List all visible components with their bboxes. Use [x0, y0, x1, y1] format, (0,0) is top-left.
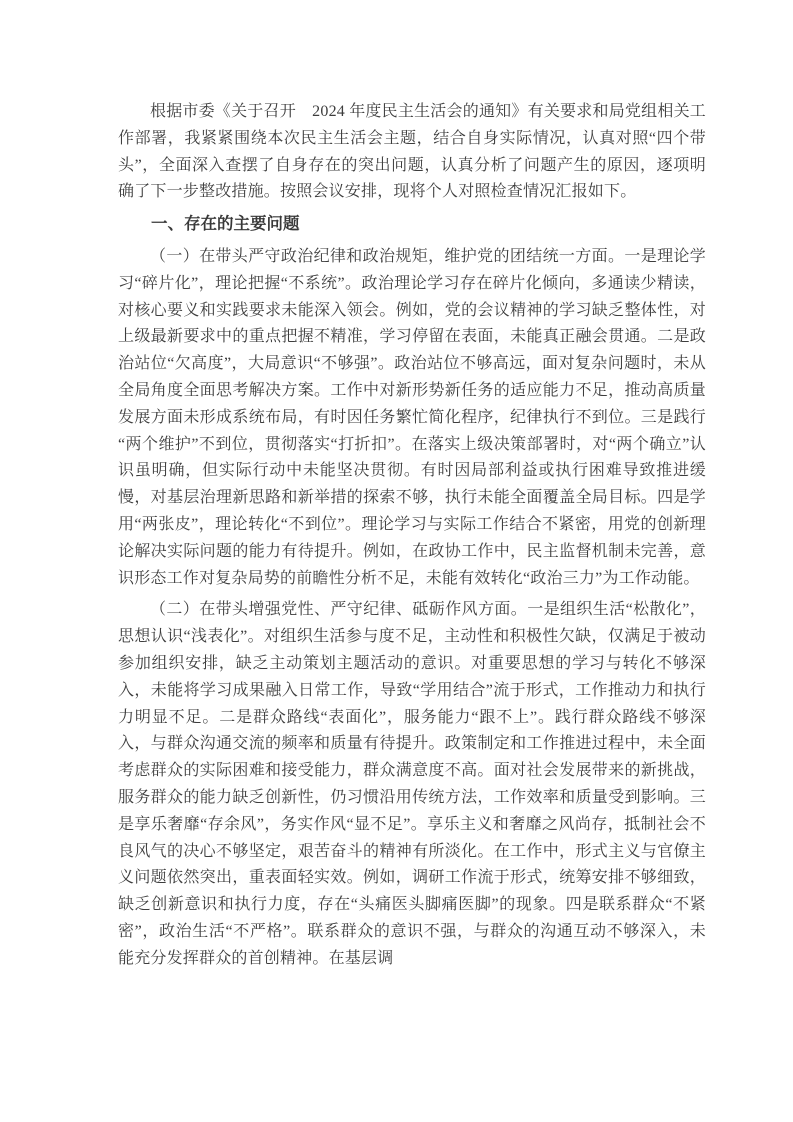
document-page: 根据市委《关于召开 2024 年度民主生活会的通知》有关要求和局党组相关工作部署…	[0, 0, 793, 1122]
document-body: 根据市委《关于召开 2024 年度民主生活会的通知》有关要求和局党组相关工作部署…	[118, 99, 706, 978]
intro-paragraph: 根据市委《关于召开 2024 年度民主生活会的通知》有关要求和局党组相关工作部署…	[118, 99, 706, 206]
paragraph-section-2: （二）在带头增强党性、严守纪律、砥砺作风方面。一是组织生活“松散化”，思想认识“…	[118, 597, 706, 972]
paragraph-section-1: （一）在带头严守政治纪律和政治规矩，维护党的团结统一方面。一是理论学习“碎片化”…	[118, 244, 706, 592]
section-heading-main-problems: 一、存在的主要问题	[118, 211, 706, 238]
